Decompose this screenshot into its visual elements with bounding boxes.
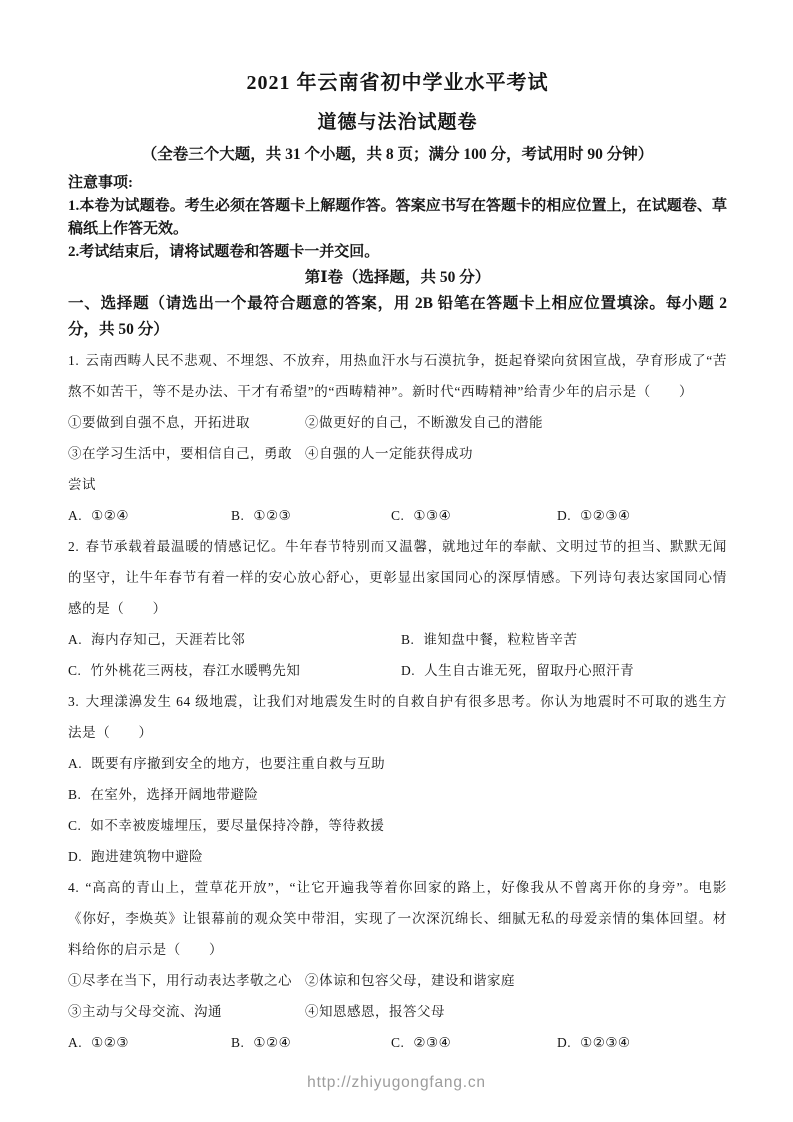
statement-item: ③在学习生活中，要相信自己，勇敢尝试 — [68, 438, 305, 500]
option-b: B.①②④ — [231, 1027, 391, 1058]
option-text: ②③④ — [413, 1035, 451, 1050]
option-label: B. — [401, 632, 414, 647]
option-label: C. — [391, 1035, 404, 1050]
statement-item: ④知恩感恩，报答父母 — [305, 996, 445, 1027]
option-b: B.①②③ — [231, 500, 391, 531]
statement-item: ②做更好的自己，不断激发自己的潜能 — [305, 407, 543, 438]
question-stem: 3.大理漾濞发生 64 级地震，让我们对地震发生时的自救自护有很多思考。你认为地… — [68, 686, 727, 748]
option-label: B. — [231, 1035, 244, 1050]
exam-subtitle: 道德与法治试题卷 — [68, 110, 727, 136]
statement-item: ①要做到自强不息，开拓进取 — [68, 407, 305, 438]
question-number: 1. — [68, 353, 79, 368]
option-label: A. — [68, 508, 82, 523]
option-label: B. — [231, 508, 244, 523]
volume-heading: 第Ⅰ卷（选择题，共 50 分） — [68, 266, 727, 289]
option-text: 跑进建筑物中避险 — [91, 849, 203, 864]
option-a: A.海内存知己，天涯若比邻 — [68, 624, 401, 655]
options-group: A.既要有序撤到安全的地方，也要注重自救与互助B.在室外，选择开阔地带避险C.如… — [68, 748, 727, 872]
option-text: ①②④ — [91, 508, 129, 523]
option-d: D.人生自古谁无死，留取丹心照汗青 — [401, 655, 727, 686]
option-c: C.①③④ — [391, 500, 557, 531]
statement-item: ④自强的人一定能获得成功 — [305, 438, 473, 500]
statement-item: ③主动与父母交流、沟通 — [68, 996, 305, 1027]
option-label: A. — [68, 756, 82, 771]
question-4: 4.“高高的青山上，萱草花开放”，“让它开遍我等着你回家的路上，好像我从不曾离开… — [68, 872, 727, 1058]
option-c: C.②③④ — [391, 1027, 557, 1058]
option-text: ①②④ — [253, 1035, 291, 1050]
question-text: 云南西畴人民不悲观、不埋怨、不放弃，用热血汗水与石漠抗争，挺起脊梁向贫困宣战，孕… — [68, 353, 727, 399]
exam-page: 2021 年云南省初中学业水平考试 道德与法治试题卷 （全卷三个大题，共 31 … — [0, 0, 793, 1058]
option-a: A.①②③ — [68, 1027, 231, 1058]
question-stem: 1.云南西畴人民不悲观、不埋怨、不放弃，用热血汗水与石漠抗争，挺起脊梁向贫困宣战… — [68, 345, 727, 407]
option-a: A.①②④ — [68, 500, 231, 531]
option-label: D. — [557, 508, 571, 523]
options-group: A.①②③B.①②④C.②③④D.①②③④ — [68, 1027, 727, 1058]
option-text: 人生自古谁无死，留取丹心照汗青 — [424, 663, 634, 678]
option-text: 在室外，选择开阔地带避险 — [90, 787, 258, 802]
option-label: D. — [401, 663, 415, 678]
question-2: 2.春节承载着最温暖的情感记忆。牛年春节特别而又温馨，就地过年的奉献、文明过节的… — [68, 531, 727, 686]
option-text: ①②③④ — [580, 1035, 630, 1050]
question-text: 春节承载着最温暖的情感记忆。牛年春节特别而又温馨，就地过年的奉献、文明过节的担当… — [68, 539, 727, 616]
question-3: 3.大理漾濞发生 64 级地震，让我们对地震发生时的自救自护有很多思考。你认为地… — [68, 686, 727, 872]
options-group: A.海内存知己，天涯若比邻B.谁知盘中餐，粒粒皆辛苦C.竹外桃花三两枝，春江水暖… — [68, 624, 727, 686]
notice-item-2: 2.考试结束后，请将试题卷和答题卡一并交回。 — [68, 241, 727, 264]
option-label: D. — [68, 849, 82, 864]
option-d: D.跑进建筑物中避险 — [68, 841, 727, 872]
option-label: A. — [68, 632, 82, 647]
option-c: C.竹外桃花三两枝，春江水暖鸭先知 — [68, 655, 401, 686]
statement-row: ③主动与父母交流、沟通④知恩感恩，报答父母 — [68, 996, 727, 1027]
option-text: 如不幸被废墟埋压，要尽量保持冷静，等待救援 — [90, 818, 384, 833]
option-b: B.在室外，选择开阔地带避险 — [68, 779, 727, 810]
option-text: 既要有序撤到安全的地方，也要注重自救与互助 — [91, 756, 385, 771]
statement-item: ②体谅和包容父母，建设和谐家庭 — [305, 965, 515, 996]
statement-row: ①尽孝在当下，用行动表达孝敬之心②体谅和包容父母，建设和谐家庭 — [68, 965, 727, 996]
option-label: C. — [391, 508, 404, 523]
option-c: C.如不幸被废墟埋压，要尽量保持冷静，等待救援 — [68, 810, 727, 841]
option-b: B.谁知盘中餐，粒粒皆辛苦 — [401, 624, 727, 655]
question-text: “高高的青山上，萱草花开放”，“让它开遍我等着你回家的路上，好像我从不曾离开你的… — [68, 880, 727, 957]
option-text: 竹外桃花三两枝，春江水暖鸭先知 — [90, 663, 300, 678]
exam-title: 2021 年云南省初中学业水平考试 — [68, 70, 727, 96]
option-text: ①②③ — [253, 508, 291, 523]
part-heading: 一、选择题（请选出一个最符合题意的答案，用 2B 铅笔在答题卡上相应位置填涂。每… — [68, 291, 727, 343]
watermark-url: http://zhiyugongfang.cn — [0, 1074, 793, 1092]
questions-list: 1.云南西畴人民不悲观、不埋怨、不放弃，用热血汗水与石漠抗争，挺起脊梁向贫困宣战… — [68, 345, 727, 1058]
question-stem: 4.“高高的青山上，萱草花开放”，“让它开遍我等着你回家的路上，好像我从不曾离开… — [68, 872, 727, 965]
statement-row: ③在学习生活中，要相信自己，勇敢尝试④自强的人一定能获得成功 — [68, 438, 727, 500]
option-text: 海内存知己，天涯若比邻 — [91, 632, 245, 647]
option-text: ①③④ — [413, 508, 451, 523]
statement-item: ①尽孝在当下，用行动表达孝敬之心 — [68, 965, 305, 996]
option-text: ①②③ — [91, 1035, 129, 1050]
option-label: B. — [68, 787, 81, 802]
option-label: C. — [68, 818, 81, 833]
notice-section: 注意事项: 1.本卷为试题卷。考生必须在答题卡上解题作答。答案应书写在答题卡的相… — [68, 172, 727, 264]
option-d: D.①②③④ — [557, 500, 727, 531]
question-1: 1.云南西畴人民不悲观、不埋怨、不放弃，用热血汗水与石漠抗争，挺起脊梁向贫困宣战… — [68, 345, 727, 531]
question-stem: 2.春节承载着最温暖的情感记忆。牛年春节特别而又温馨，就地过年的奉献、文明过节的… — [68, 531, 727, 624]
question-number: 2. — [68, 539, 79, 554]
option-label: A. — [68, 1035, 82, 1050]
notice-heading: 注意事项: — [68, 172, 727, 195]
option-text: ①②③④ — [580, 508, 630, 523]
options-group: A.①②④B.①②③C.①③④D.①②③④ — [68, 500, 727, 531]
question-text: 大理漾濞发生 64 级地震，让我们对地震发生时的自救自护有很多思考。你认为地震时… — [68, 694, 727, 740]
option-a: A.既要有序撤到安全的地方，也要注重自救与互助 — [68, 748, 727, 779]
question-number: 4. — [68, 880, 79, 895]
option-text: 谁知盘中餐，粒粒皆辛苦 — [423, 632, 577, 647]
statement-row: ①要做到自强不息，开拓进取②做更好的自己，不断激发自己的潜能 — [68, 407, 727, 438]
option-d: D.①②③④ — [557, 1027, 727, 1058]
exam-summary: （全卷三个大题，共 31 个小题，共 8 页；满分 100 分，考试用时 90 … — [68, 144, 727, 166]
option-label: D. — [557, 1035, 571, 1050]
option-label: C. — [68, 663, 81, 678]
question-number: 3. — [68, 694, 79, 709]
notice-item-1: 1.本卷为试题卷。考生必须在答题卡上解题作答。答案应书写在答题卡的相应位置上，在… — [68, 195, 727, 241]
